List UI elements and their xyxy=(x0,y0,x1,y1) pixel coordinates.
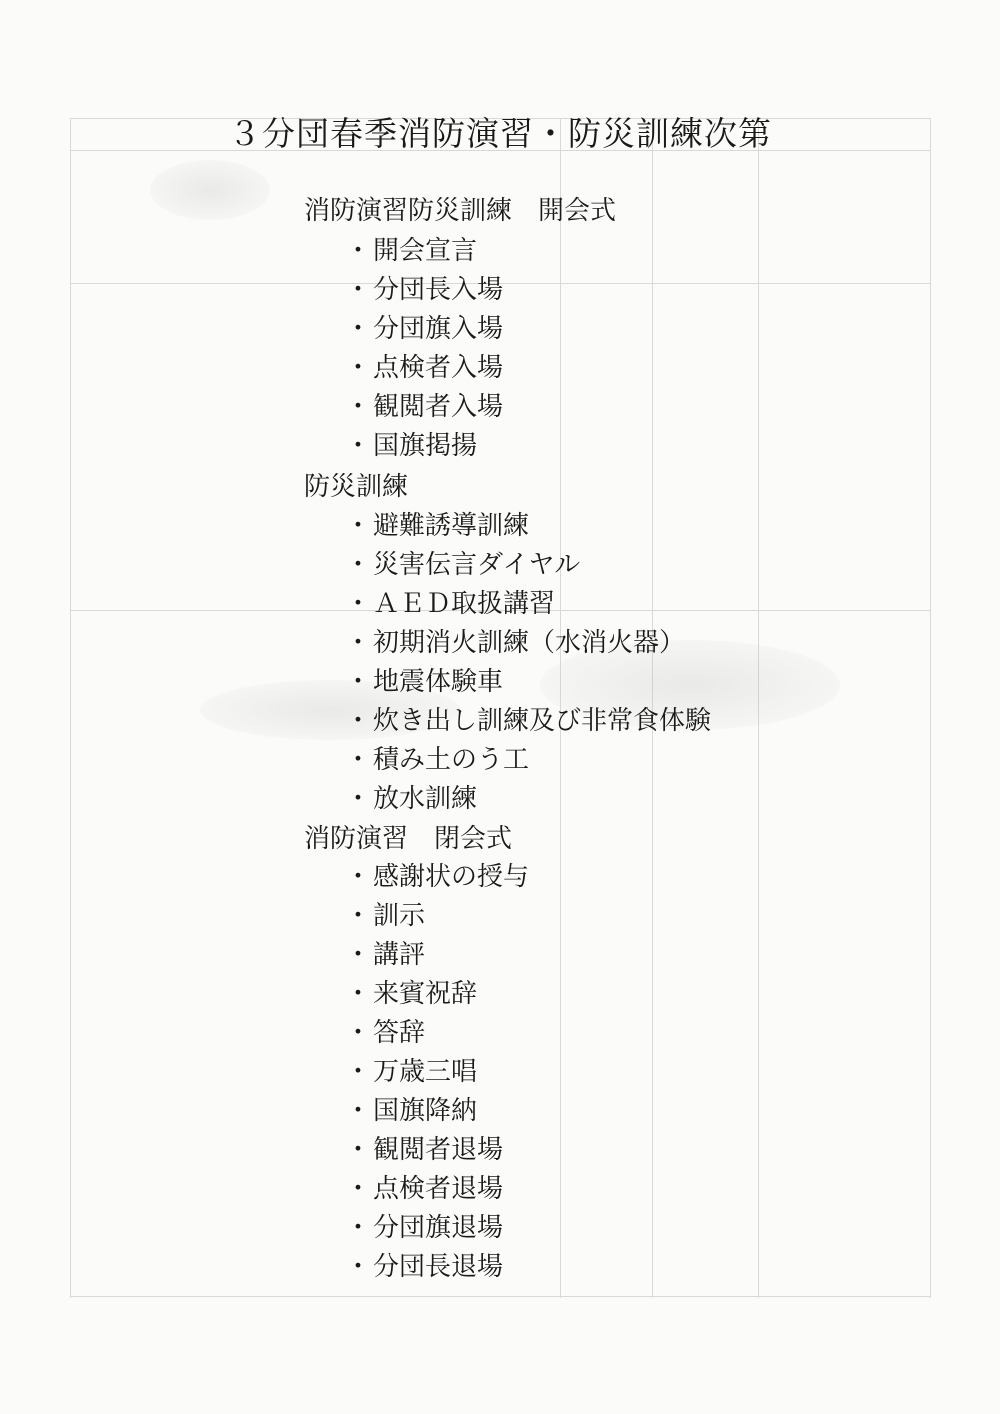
list-item: ・国旗掲揚 xyxy=(343,425,477,462)
list-item: ・来賓祝辞 xyxy=(343,973,477,1010)
bullet: ・ xyxy=(343,386,373,423)
section-opening-heading: 消防演習防災訓練 開会式 xyxy=(304,190,616,227)
list-item: ・地震体験車 xyxy=(343,661,503,698)
bullet: ・ xyxy=(343,1129,373,1166)
section-closing-heading: 消防演習 閉会式 xyxy=(304,818,512,855)
list-item: ・積み土のう工 xyxy=(343,739,529,776)
bullet: ・ xyxy=(343,895,373,932)
bullet: ・ xyxy=(343,1207,373,1244)
bullet: ・ xyxy=(343,269,373,306)
document-title: ３分団春季消防演習・防災訓練次第 xyxy=(228,108,772,155)
bullet: ・ xyxy=(343,583,373,620)
bullet: ・ xyxy=(343,700,373,737)
bullet: ・ xyxy=(343,1168,373,1205)
bullet: ・ xyxy=(343,1246,373,1283)
list-item: ・初期消火訓練（水消火器） xyxy=(343,622,685,659)
list-item: ・分団長入場 xyxy=(343,269,503,306)
list-item: ・放水訓練 xyxy=(343,778,477,815)
list-item: ・点検者退場 xyxy=(343,1168,503,1205)
list-item: ・災害伝言ダイヤル xyxy=(343,544,580,581)
list-item: ・国旗降納 xyxy=(343,1090,477,1127)
bullet: ・ xyxy=(343,661,373,698)
bullet: ・ xyxy=(343,934,373,971)
list-item: ・開会宣言 xyxy=(343,230,477,267)
bullet: ・ xyxy=(343,308,373,345)
bullet: ・ xyxy=(343,230,373,267)
list-item: ・感謝状の授与 xyxy=(343,856,529,893)
bullet: ・ xyxy=(343,856,373,893)
list-item: ・分団旗入場 xyxy=(343,308,503,345)
list-item: ・観閲者退場 xyxy=(343,1129,503,1166)
bullet: ・ xyxy=(343,347,373,384)
bullet: ・ xyxy=(343,973,373,1010)
list-item: ・点検者入場 xyxy=(343,347,503,384)
bullet: ・ xyxy=(343,1012,373,1049)
bullet: ・ xyxy=(343,505,373,542)
list-item: ・訓示 xyxy=(343,895,425,932)
list-item: ・炊き出し訓練及び非常食体験 xyxy=(343,700,711,737)
list-item: ・分団長退場 xyxy=(343,1246,503,1283)
bullet: ・ xyxy=(343,778,373,815)
section-drill-heading: 防災訓練 xyxy=(304,466,408,503)
bullet: ・ xyxy=(343,1051,373,1088)
list-item: ・万歳三唱 xyxy=(343,1051,477,1088)
bullet: ・ xyxy=(343,739,373,776)
list-item: ・答辞 xyxy=(343,1012,425,1049)
bullet: ・ xyxy=(343,544,373,581)
list-item: ・避難誘導訓練 xyxy=(343,505,529,542)
list-item: ・ＡＥＤ取扱講習 xyxy=(343,583,555,620)
list-item: ・観閲者入場 xyxy=(343,386,503,423)
bullet: ・ xyxy=(343,425,373,462)
bullet: ・ xyxy=(343,1090,373,1127)
bullet: ・ xyxy=(343,622,373,659)
list-item: ・講評 xyxy=(343,934,425,971)
list-item: ・分団旗退場 xyxy=(343,1207,503,1244)
